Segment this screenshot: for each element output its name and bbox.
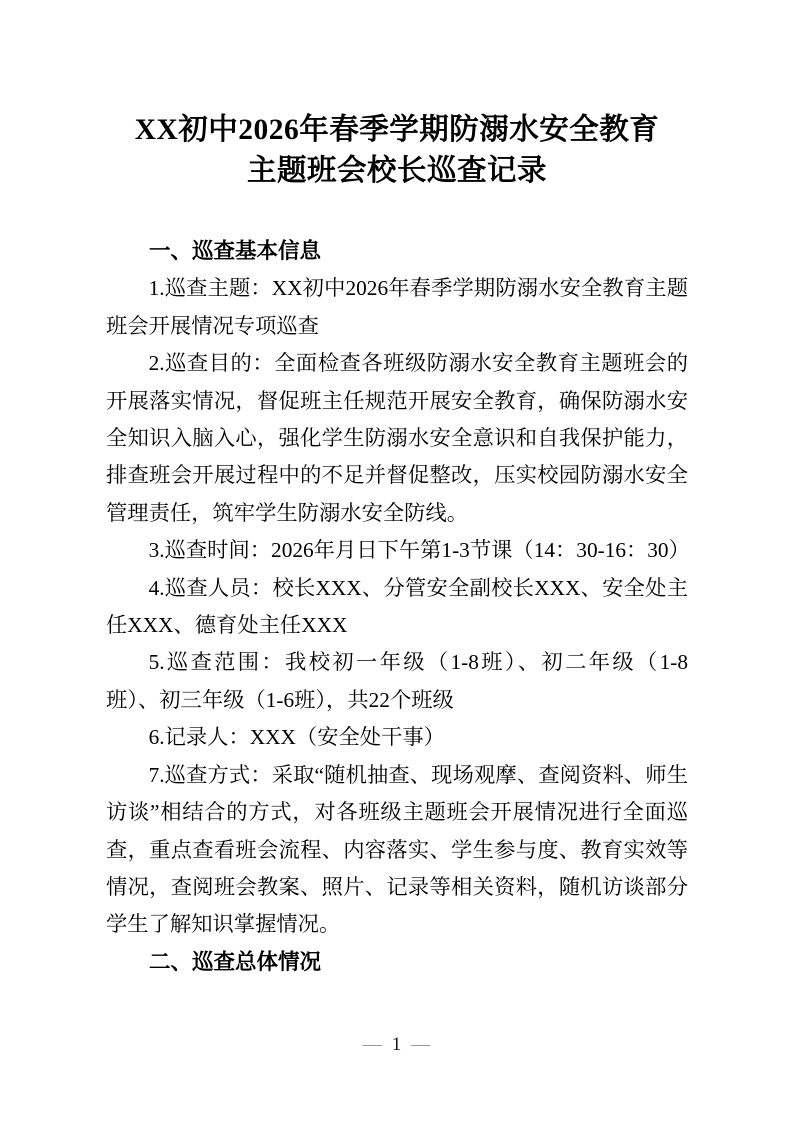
document-page: { "title": { "line1": "XX初中2026年春季学期防溺水安…	[0, 0, 793, 1122]
document-title: XX初中2026年春季学期防溺水安全教育 主题班会校长巡查记录	[106, 110, 688, 192]
paragraph-inspection-scope: 5.巡查范围：我校初一年级（1-8班）、初二年级（1-8班）、初三年级（1-6班…	[106, 644, 688, 719]
document-content: 一、巡查基本信息 1.巡查主题：XX初中2026年春季学期防溺水安全教育主题班会…	[106, 233, 688, 981]
paragraph-inspection-purpose: 2.巡查目的：全面检查各班级防溺水安全教育主题班会的开展落实情况，督促班主任规范…	[106, 345, 688, 532]
title-line-1: XX初中2026年春季学期防溺水安全教育	[106, 110, 688, 151]
document-body: XX初中2026年春季学期防溺水安全教育 主题班会校长巡查记录 一、巡查基本信息…	[106, 0, 688, 981]
paragraph-inspection-topic: 1.巡查主题：XX初中2026年春季学期防溺水安全教育主题班会开展情况专项巡查	[106, 270, 688, 345]
footer-dash-left: —	[363, 1034, 382, 1055]
section-heading-basic-info: 一、巡查基本信息	[106, 233, 688, 270]
paragraph-recorder: 6.记录人：XXX（安全处干事）	[106, 719, 688, 756]
paragraph-inspection-method: 7.巡查方式：采取“随机抽查、现场观摩、查阅资料、师生访谈”相结合的方式，对各班…	[106, 757, 688, 944]
paragraph-inspection-personnel: 4.巡查人员：校长XXX、分管安全副校长XXX、安全处主任XXX、德育处主任XX…	[106, 570, 688, 645]
paragraph-inspection-time: 3.巡查时间：2026年月日下午第1-3节课（14：30-16：30）	[106, 532, 688, 569]
footer-dash-right: —	[411, 1034, 430, 1055]
title-line-2: 主题班会校长巡查记录	[106, 151, 688, 192]
section-heading-overall-situation: 二、巡查总体情况	[106, 944, 688, 981]
page-footer: —1—	[0, 1033, 793, 1057]
page-number: 1	[392, 1034, 402, 1055]
